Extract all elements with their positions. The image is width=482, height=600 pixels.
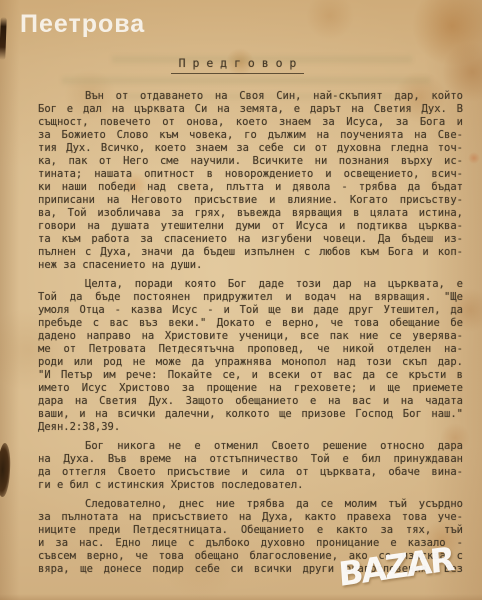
text-line: Той да бъде постоянен придружител и вода… xyxy=(38,291,463,304)
seller-watermark: Пеетрова xyxy=(20,10,145,39)
binding-mark-bottom xyxy=(0,443,11,498)
text-line: пълнен с Духа, значи да бъдеш изпълнен с… xyxy=(38,246,463,259)
text-line: същност, повечето от онова, което знаем … xyxy=(38,116,463,129)
text-line: за пълнотата на присъствието на Духа, ка… xyxy=(38,511,463,524)
paragraph: Бог никога не е отменил Своето решение о… xyxy=(38,440,463,492)
binding-mark-top xyxy=(0,17,7,60)
paragraph: Вън от отдаването на Своя Син, най-скъпи… xyxy=(38,90,463,272)
text-line: Следователно, днес ние трябва да се моли… xyxy=(38,498,463,511)
text-line: та към работа за спасението на изгубени … xyxy=(38,233,463,246)
text-line: името Исус Христово за прощение на грехо… xyxy=(38,382,463,395)
text-line: Деян.2:38,39. xyxy=(38,421,463,434)
text-line: ги е бил с истинския Христов последовате… xyxy=(38,479,463,492)
text-line: приписани на Неговото присъствие и влиян… xyxy=(38,194,463,207)
text-line: ваши, и на всички далечни, колкото ще пр… xyxy=(38,408,463,421)
page-title: П р е д г о в о р xyxy=(171,56,305,74)
text-line: на Духа. Във време на отстъпничество Той… xyxy=(38,453,463,466)
text-line: Вън от отдаването на Своя Син, най-скъпи… xyxy=(38,90,463,103)
text-line: "И Петър им рече: Покайте се, и всеки от… xyxy=(38,369,463,382)
text-line: дадено направо на Христовите ученици, вс… xyxy=(38,330,463,343)
text-line: за Божието Слово към човека, го дължим н… xyxy=(38,129,463,142)
text-line: да оттегля Своето присъствие и сила от ц… xyxy=(38,466,463,479)
text-line: Бог е дал на църквата Си на земята, е да… xyxy=(38,103,463,116)
text-line: ки наши победи над света, плътта и дявол… xyxy=(38,181,463,194)
text-line: ниците преди Петдесятницата. Обещанието … xyxy=(38,524,463,537)
page-bottom-edge xyxy=(0,594,482,600)
text-line: умоля Отца - казва Исус - и Той ще ви да… xyxy=(38,304,463,317)
paragraph: Следователно, днес ние трябва да се моли… xyxy=(38,498,463,576)
text-line: говори на душата утешителни думи от Исус… xyxy=(38,220,463,233)
title-row: П р е д г о в о р xyxy=(38,52,463,74)
scanned-page-photo: П р е д г о в о р Вън от отдаването на С… xyxy=(0,0,482,600)
text-line: съвсем верно, че това обещано благослове… xyxy=(38,550,463,563)
text-line: ме от Петровата Петдесятъчна проповед, ч… xyxy=(38,343,463,356)
text-line: роди или род не може да упражнява монопо… xyxy=(38,356,463,369)
text-line: и за нас. Едно лице с дълбоко духовно пр… xyxy=(38,537,463,550)
paragraph: Целта, поради която Бог даде този дар на… xyxy=(38,278,463,434)
text-line: тия Дух. Всичко, което знаем за себе си … xyxy=(38,142,463,155)
text-line: ка, пак от Него сме научили. Всичките ни… xyxy=(38,155,463,168)
text-line: пребъде с вас въз веки." Докато е верно,… xyxy=(38,317,463,330)
page-text: Вън от отдаването на Своя Син, най-скъпи… xyxy=(38,90,463,582)
text-line: дара на Светия Дух. Защото обещанието е … xyxy=(38,395,463,408)
text-line: тината; нашата опитност в новорождението… xyxy=(38,168,463,181)
text-line: вяра, ще донесе подир себе си всички дру… xyxy=(38,563,463,576)
text-line: ва, Той изобличава за грях, въвежда вярв… xyxy=(38,207,463,220)
text-line: Целта, поради която Бог даде този дар на… xyxy=(38,278,463,291)
text-line: неж за спасението на души. xyxy=(38,259,463,272)
text-line: Бог никога не е отменил Своето решение о… xyxy=(38,440,463,453)
ink-bleed-through xyxy=(62,77,430,84)
